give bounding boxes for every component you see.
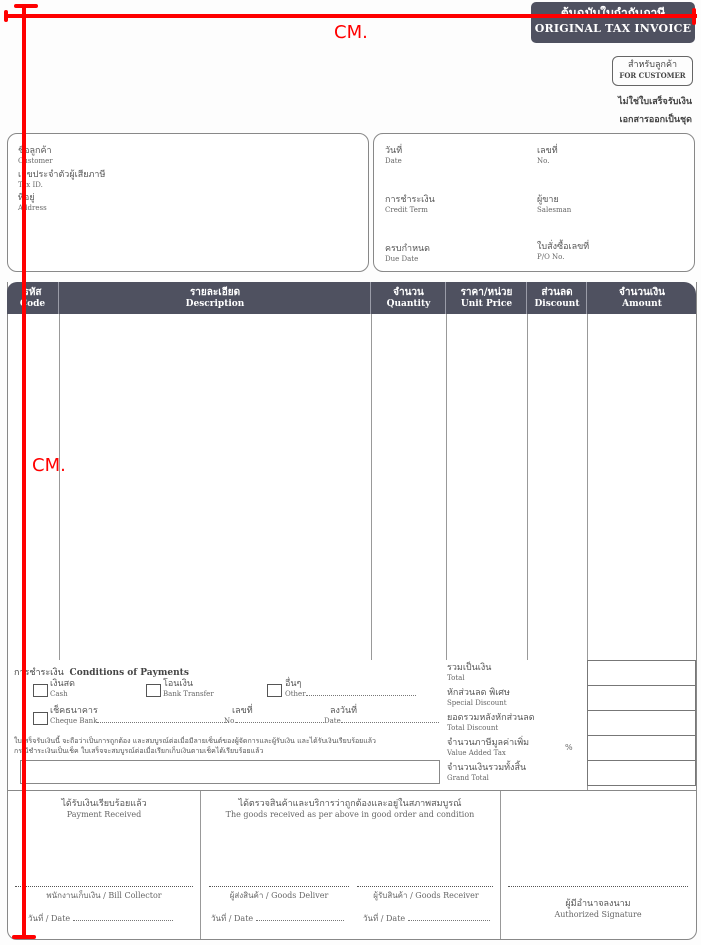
transfer-label-en: Bank Transfer bbox=[163, 690, 214, 698]
authorized-signature-line[interactable] bbox=[508, 886, 688, 887]
transfer-label-th: โอนเงิน bbox=[163, 679, 214, 690]
tax-id-label-en: Tax ID. bbox=[18, 181, 105, 189]
column-header-unit-price: ราคา/หน่วย Unit Price bbox=[445, 282, 527, 314]
due-date-field[interactable]: ครบกำหนด Due Date bbox=[385, 244, 430, 263]
total-value-field[interactable] bbox=[587, 660, 696, 686]
cash-checkbox[interactable] bbox=[33, 684, 48, 697]
goods-received-heading: ได้ตรวจสินค้าและบริการว่าถูกต้องและอยู่ใ… bbox=[200, 799, 500, 820]
date-label-en: Date bbox=[385, 157, 402, 165]
column-divider bbox=[446, 282, 447, 660]
remarks-input[interactable] bbox=[20, 760, 440, 784]
bill-collector-signature-line[interactable] bbox=[15, 886, 193, 887]
horizontal-measure-left-cap bbox=[4, 10, 8, 22]
grand-total-value-field[interactable] bbox=[587, 760, 696, 786]
title-english: ORIGINAL TAX INVOICE bbox=[531, 22, 695, 36]
for-customer-thai: สำหรับลูกค้า bbox=[613, 57, 692, 71]
customer-info-box: ชื่อลูกค้า Customer เลขประจำตัวผู้เสียภา… bbox=[7, 133, 369, 272]
vertical-measure-bottom-cap bbox=[12, 935, 36, 939]
bill-collector-date: วันที่ / Date bbox=[28, 915, 173, 923]
cash-label-en: Cash bbox=[50, 690, 75, 698]
cheque-label-en: Cheque Bank bbox=[50, 717, 97, 725]
vat-value-field[interactable] bbox=[587, 735, 696, 761]
vat-percent-sign: % bbox=[565, 743, 573, 752]
goods-receiver-date: วันที่ / Date bbox=[363, 915, 490, 923]
credit-term-label-th: การชำระเงิน bbox=[385, 195, 435, 206]
goods-received-en: The goods received as per above in good … bbox=[200, 810, 500, 820]
column-amount-en: Amount bbox=[587, 299, 697, 310]
bill-collector-label: พนักงานเก็บเงิน / Bill Collector bbox=[8, 892, 200, 900]
date-label: วันที่ / Date bbox=[28, 914, 70, 923]
special-discount-label: หักส่วนลด พิเศษ Special Discount bbox=[447, 688, 510, 707]
authorized-signature-heading: ผู้มีอำนาจลงนาม Authorized Signature bbox=[500, 899, 696, 920]
special-discount-value-field[interactable] bbox=[587, 685, 696, 711]
due-date-label-en: Due Date bbox=[385, 255, 430, 263]
bank-transfer-checkbox[interactable] bbox=[146, 684, 161, 697]
cheque-no-label-th: เลขที่ bbox=[224, 706, 324, 717]
other-input[interactable] bbox=[306, 695, 416, 696]
signature-section: ได้รับเงินเรียบร้อยแล้ว Payment Received… bbox=[7, 790, 697, 940]
date-label-th: วันที่ bbox=[385, 146, 402, 157]
vat-label-en: Value Added Tax bbox=[447, 749, 529, 757]
column-unit-price-en: Unit Price bbox=[446, 299, 527, 310]
column-quantity-th: จำนวน bbox=[371, 282, 446, 299]
vertical-measure-top-cap bbox=[14, 4, 38, 8]
payment-received-en: Payment Received bbox=[8, 810, 200, 820]
credit-term-field[interactable]: การชำระเงิน Credit Term bbox=[385, 195, 435, 214]
horizontal-measure-label: CM. bbox=[334, 22, 368, 43]
payment-conditions-title: การชำระเงิน Conditions of Payments bbox=[14, 665, 189, 679]
payment-title-en: Conditions of Payments bbox=[70, 668, 189, 678]
vat-label: จำนวนภาษีมูลค่าเพิ่ม Value Added Tax bbox=[447, 738, 529, 757]
payment-received-heading: ได้รับเงินเรียบร้อยแล้ว Payment Received bbox=[8, 799, 200, 820]
grand-total-label: จำนวนเงินรวมทั้งสิ้น Grand Total bbox=[447, 763, 526, 782]
goods-deliver-label: ผู้ส่งสินค้า / Goods Deliver bbox=[204, 892, 354, 900]
bank-transfer-option: โอนเงิน Bank Transfer bbox=[163, 679, 214, 698]
cheque-number-field: เลขที่ No. bbox=[224, 706, 324, 725]
cheque-label-th: เช็คธนาคาร bbox=[50, 706, 229, 717]
total-discount-value-field[interactable] bbox=[587, 710, 696, 736]
goods-receiver-signature-line[interactable] bbox=[357, 886, 493, 887]
not-receipt-note: ไม่ใช่ใบเสร็จรับเงิน bbox=[618, 94, 692, 108]
column-code-th: รหัส bbox=[7, 282, 58, 299]
column-divider bbox=[527, 282, 528, 660]
column-header-description: รายละเอียด Description bbox=[58, 282, 371, 314]
cheque-date-field: ลงวันที่ Date bbox=[324, 706, 439, 725]
salesman-label-th: ผู้ขาย bbox=[537, 195, 571, 206]
grand-total-label-en: Grand Total bbox=[447, 774, 526, 782]
other-checkbox[interactable] bbox=[267, 684, 282, 697]
number-field[interactable]: เลขที่ No. bbox=[537, 146, 558, 165]
disclaimer-line-2: กรณีชำระเงินเป็นเช็ค ใบเสร็จจะสมบูรณ์ต่อ… bbox=[14, 746, 444, 756]
vertical-measure-line bbox=[22, 6, 26, 938]
cheque-no-label-en: No. bbox=[224, 717, 236, 725]
column-header-quantity: จำนวน Quantity bbox=[370, 282, 446, 314]
salesman-label-en: Salesman bbox=[537, 206, 571, 214]
other-label-en: Other bbox=[285, 690, 306, 698]
cheque-date-input[interactable] bbox=[341, 722, 439, 723]
total-label-en: Total bbox=[447, 674, 491, 682]
column-amount-th: จำนวนเงิน bbox=[587, 282, 697, 299]
special-discount-label-en: Special Discount bbox=[447, 699, 510, 707]
salesman-field[interactable]: ผู้ขาย Salesman bbox=[537, 195, 571, 214]
items-table bbox=[7, 282, 697, 661]
total-discount-label-th: ยอดรวมหลังหักส่วนลด bbox=[447, 713, 535, 724]
special-discount-label-th: หักส่วนลด พิเศษ bbox=[447, 688, 510, 699]
tax-id-label-th: เลขประจำตัวผู้เสียภาษี bbox=[18, 170, 105, 181]
other-option: อื่นๆ Other bbox=[285, 679, 416, 698]
authorized-th: ผู้มีอำนาจลงนาม bbox=[500, 899, 696, 910]
other-label-th: อื่นๆ bbox=[285, 679, 416, 690]
column-discount-en: Discount bbox=[527, 299, 587, 310]
cheque-date-label-en: Date bbox=[324, 717, 341, 725]
cash-label-th: เงินสด bbox=[50, 679, 75, 690]
title-thai: ต้นฉบับใบกำกับภาษี bbox=[531, 2, 695, 22]
number-label-th: เลขที่ bbox=[537, 146, 558, 157]
cash-option: เงินสด Cash bbox=[50, 679, 75, 698]
po-number-label-th: ใบสั่งซื้อเลขที่ bbox=[537, 242, 589, 253]
cheque-date-label-th: ลงวันที่ bbox=[324, 706, 439, 717]
column-header-code: รหัส Code bbox=[7, 282, 58, 314]
set-document-note: เอกสารออกเป็นชุด bbox=[620, 112, 692, 126]
payment-received-th: ได้รับเงินเรียบร้อยแล้ว bbox=[8, 799, 200, 810]
goods-receiver-date-input[interactable] bbox=[408, 920, 490, 921]
column-unit-price-th: ราคา/หน่วย bbox=[446, 282, 527, 299]
payment-disclaimer: ใบเสร็จรับเงินนี้ จะถือว่าเป็นการถูกต้อง… bbox=[14, 736, 444, 756]
goods-receiver-label: ผู้รับสินค้า / Goods Receiver bbox=[351, 892, 501, 900]
authorized-en: Authorized Signature bbox=[500, 910, 696, 920]
due-date-label-th: ครบกำหนด bbox=[385, 244, 430, 255]
total-discount-label: ยอดรวมหลังหักส่วนลด Total Discount bbox=[447, 713, 535, 732]
date-label: วันที่ / Date bbox=[363, 914, 405, 923]
date-field[interactable]: วันที่ Date bbox=[385, 146, 402, 165]
po-number-field[interactable]: ใบสั่งซื้อเลขที่ P/O No. bbox=[537, 242, 589, 261]
column-description-th: รายละเอียด bbox=[59, 282, 371, 299]
cheque-number-input[interactable] bbox=[236, 722, 324, 723]
date-label: วันที่ / Date bbox=[211, 914, 253, 923]
horizontal-measure-right-cap bbox=[692, 8, 696, 25]
credit-term-label-en: Credit Term bbox=[385, 206, 435, 214]
vertical-measure-label: CM. bbox=[32, 455, 66, 476]
bill-collector-date-input[interactable] bbox=[73, 920, 173, 921]
goods-deliver-date: วันที่ / Date bbox=[211, 915, 344, 923]
tax-id-field[interactable]: เลขประจำตัวผู้เสียภาษี Tax ID. bbox=[18, 170, 105, 189]
items-table-header: รหัส Code รายละเอียด Description จำนวน Q… bbox=[7, 282, 696, 314]
total-label: รวมเป็นเงิน Total bbox=[447, 663, 491, 682]
total-label-th: รวมเป็นเงิน bbox=[447, 663, 491, 674]
column-code-en: Code bbox=[7, 299, 58, 310]
column-description-en: Description bbox=[59, 299, 371, 310]
total-discount-label-en: Total Discount bbox=[447, 724, 535, 732]
column-discount-th: ส่วนลด bbox=[527, 282, 587, 299]
column-header-amount: จำนวนเงิน Amount bbox=[586, 282, 697, 314]
for-customer-badge: สำหรับลูกค้า FOR CUSTOMER bbox=[612, 56, 693, 86]
horizontal-measure-line bbox=[4, 14, 697, 18]
cheque-bank-input[interactable] bbox=[97, 722, 229, 723]
po-number-label-en: P/O No. bbox=[537, 253, 589, 261]
number-label-en: No. bbox=[537, 157, 558, 165]
goods-received-th: ได้ตรวจสินค้าและบริการว่าถูกต้องและอยู่ใ… bbox=[200, 799, 500, 810]
column-quantity-en: Quantity bbox=[371, 299, 446, 310]
column-header-discount: ส่วนลด Discount bbox=[526, 282, 587, 314]
column-divider bbox=[371, 282, 372, 660]
document-info-box: วันที่ Date เลขที่ No. การชำระเงิน Credi… bbox=[373, 133, 695, 272]
vat-label-th: จำนวนภาษีมูลค่าเพิ่ม bbox=[447, 738, 529, 749]
disclaimer-line-1: ใบเสร็จรับเงินนี้ จะถือว่าเป็นการถูกต้อง… bbox=[14, 736, 444, 746]
for-customer-english: FOR CUSTOMER bbox=[613, 71, 692, 81]
goods-deliver-signature-line[interactable] bbox=[209, 886, 349, 887]
cheque-option: เช็คธนาคาร Cheque Bank bbox=[50, 706, 229, 725]
grand-total-label-th: จำนวนเงินรวมทั้งสิ้น bbox=[447, 763, 526, 774]
column-divider bbox=[587, 282, 588, 660]
goods-deliver-date-input[interactable] bbox=[256, 920, 344, 921]
title-badge: ต้นฉบับใบกำกับภาษี ORIGINAL TAX INVOICE bbox=[531, 2, 695, 43]
cheque-checkbox[interactable] bbox=[33, 712, 48, 725]
